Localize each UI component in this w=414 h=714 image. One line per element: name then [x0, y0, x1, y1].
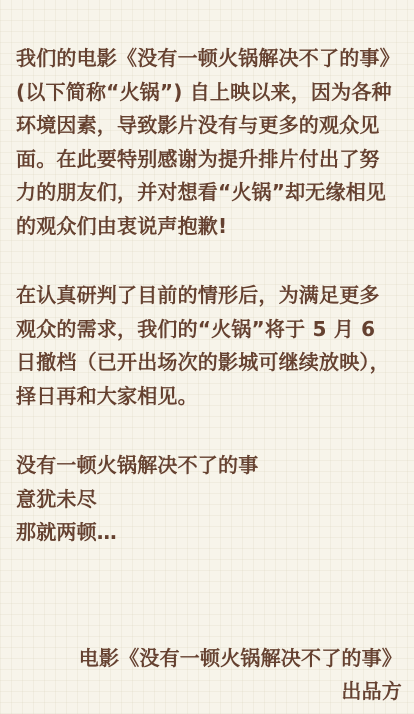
announcement-paragraph-apology: 我们的电影《没有一顿火锅解决不了的事》 (以下简称“火锅”) 自上映以来，因为各… — [16, 42, 402, 243]
announcement-paragraph-withdrawal: 在认真研判了目前的情形后，为满足更多 观众的需求，我们的“火锅”将于 5 月 6… — [16, 279, 402, 413]
movie-tagline: 没有一顿火锅解决不了的事 意犹未尽 那就两顿… — [16, 449, 402, 550]
announcement-page: 我们的电影《没有一顿火锅解决不了的事》 (以下简称“火锅”) 自上映以来，因为各… — [0, 0, 414, 714]
producer-signature: 电影《没有一顿火锅解决不了的事》 出品方 — [16, 642, 402, 709]
